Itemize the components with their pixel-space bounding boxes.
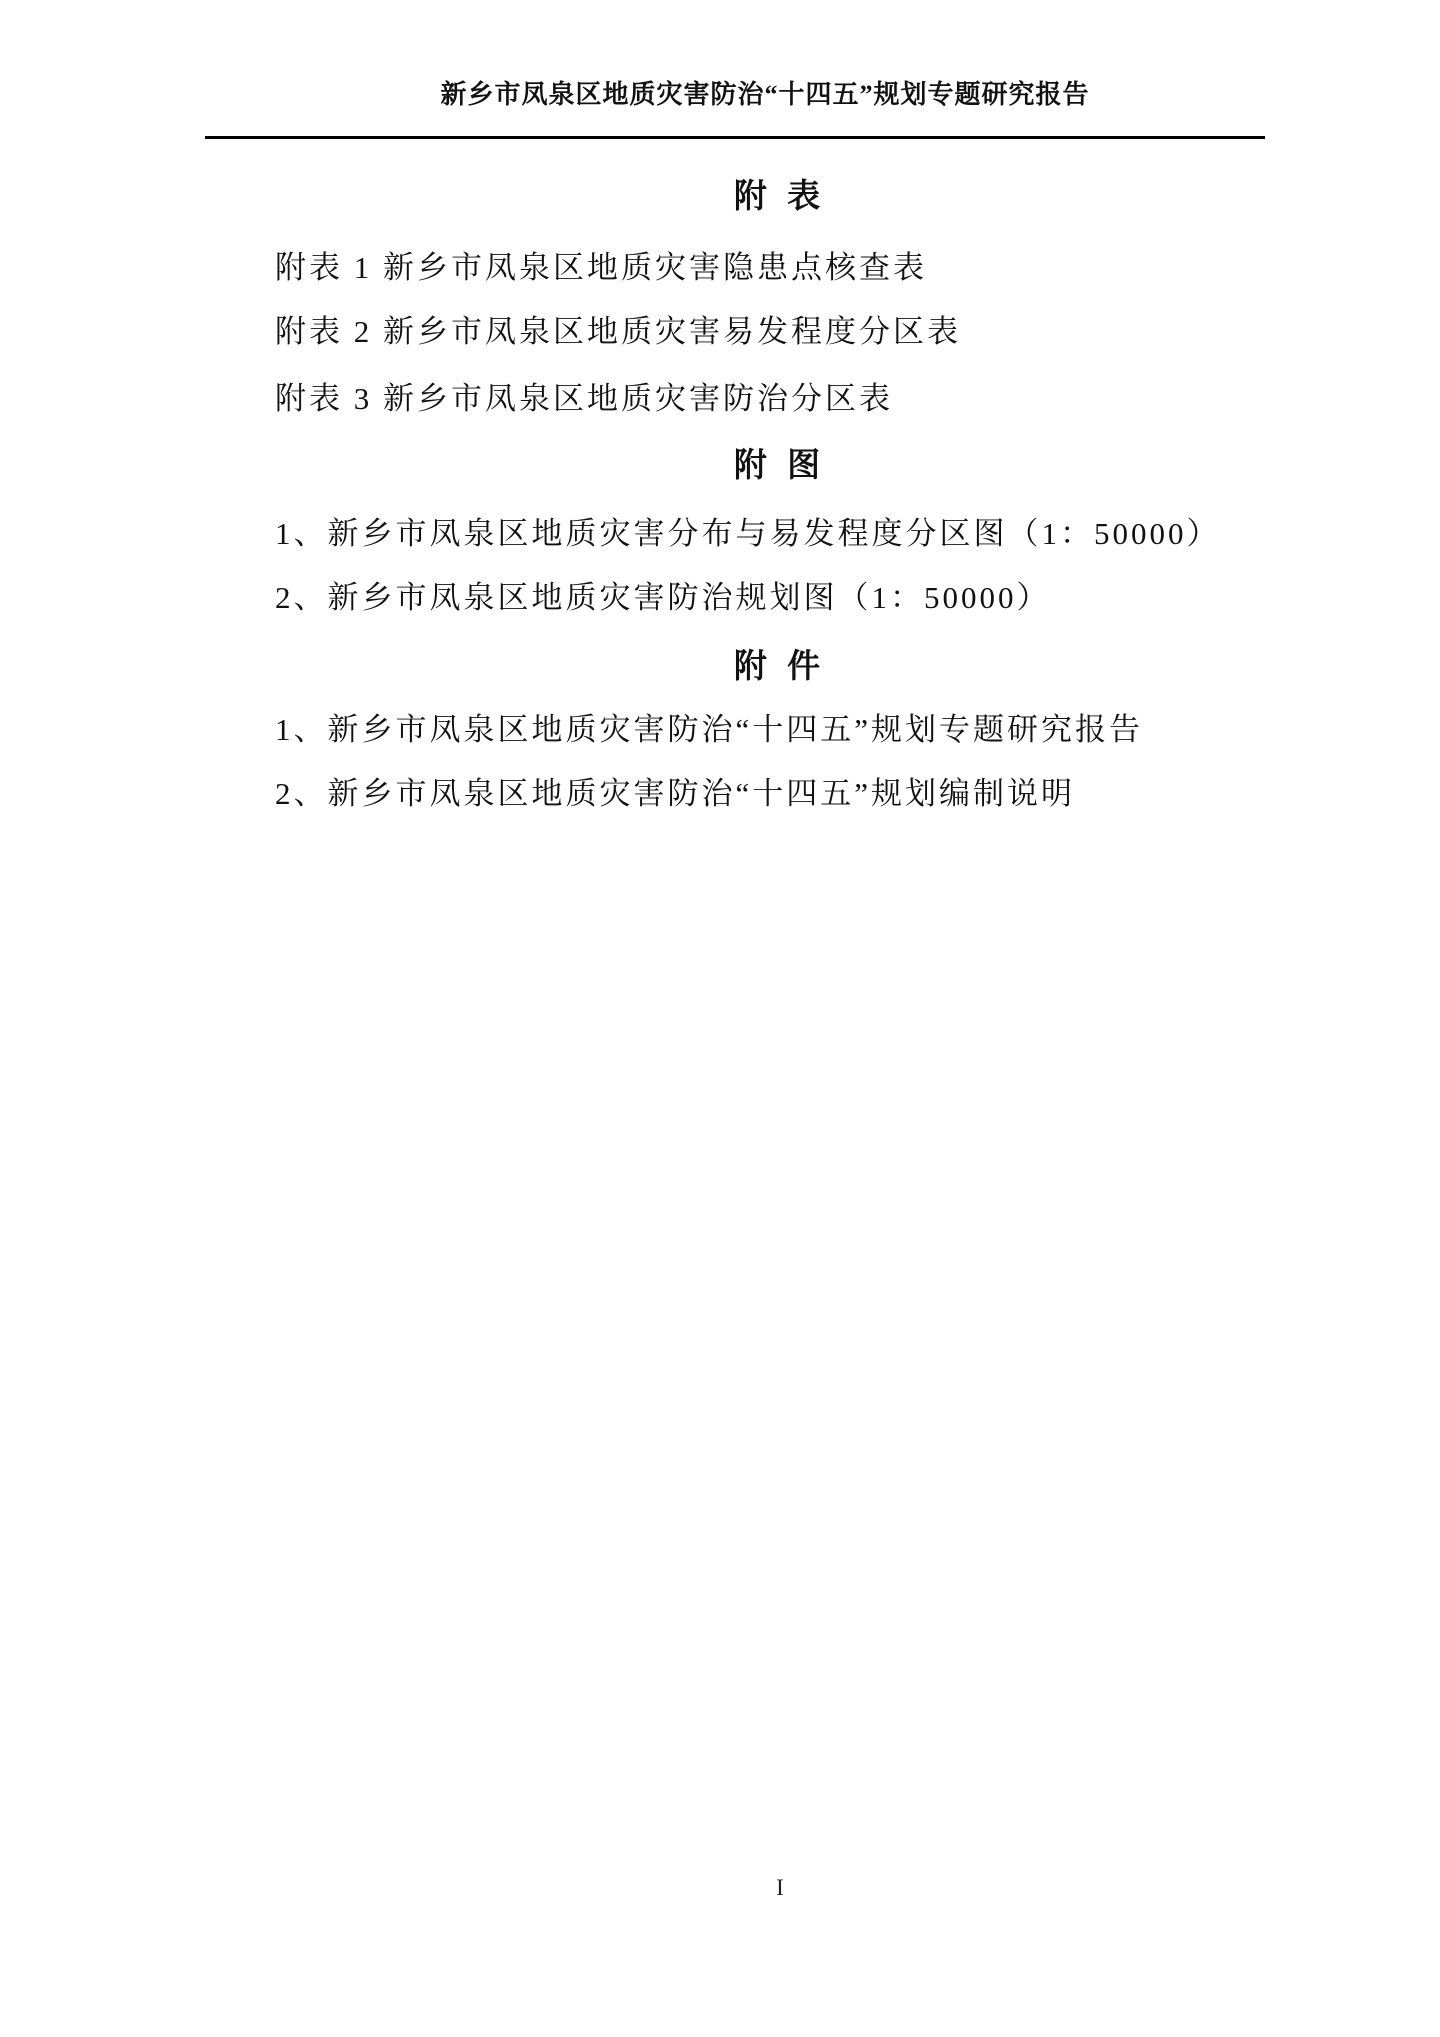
header-rule [205, 136, 1265, 139]
section-title-appendix-tables: 附 表 [275, 164, 1285, 230]
appendix-attachment-item-2: 2、新乡市凤泉区地质灾害防治“十四五”规划编制说明 [275, 761, 1285, 827]
appendix-map-item-2: 2、新乡市凤泉区地质灾害防治规划图（1：50000） [275, 565, 1285, 631]
appendix-attachment-item-1: 1、新乡市凤泉区地质灾害防治“十四五”规划专题研究报告 [275, 697, 1285, 763]
section-title-appendix-attachments: 附 件 [275, 634, 1285, 700]
appendix-map-item-1: 1、新乡市凤泉区地质灾害分布与易发程度分区图（1：50000） [275, 501, 1285, 567]
document-page: 新乡市凤泉区地质灾害防治“十四五”规划专题研究报告 附 表 附表 1 新乡市凤泉… [0, 0, 1440, 2037]
section-title-appendix-maps: 附 图 [275, 433, 1285, 499]
appendix-table-item-2: 附表 2 新乡市凤泉区地质灾害易发程度分区表 [275, 299, 1285, 365]
header-title: 新乡市凤泉区地质灾害防治“十四五”规划专题研究报告 [205, 78, 1265, 112]
appendix-table-item-1: 附表 1 新乡市凤泉区地质灾害隐患点核查表 [275, 235, 1285, 301]
page-number: I [275, 1875, 1285, 1901]
appendix-table-item-3: 附表 3 新乡市凤泉区地质灾害防治分区表 [275, 366, 1285, 432]
